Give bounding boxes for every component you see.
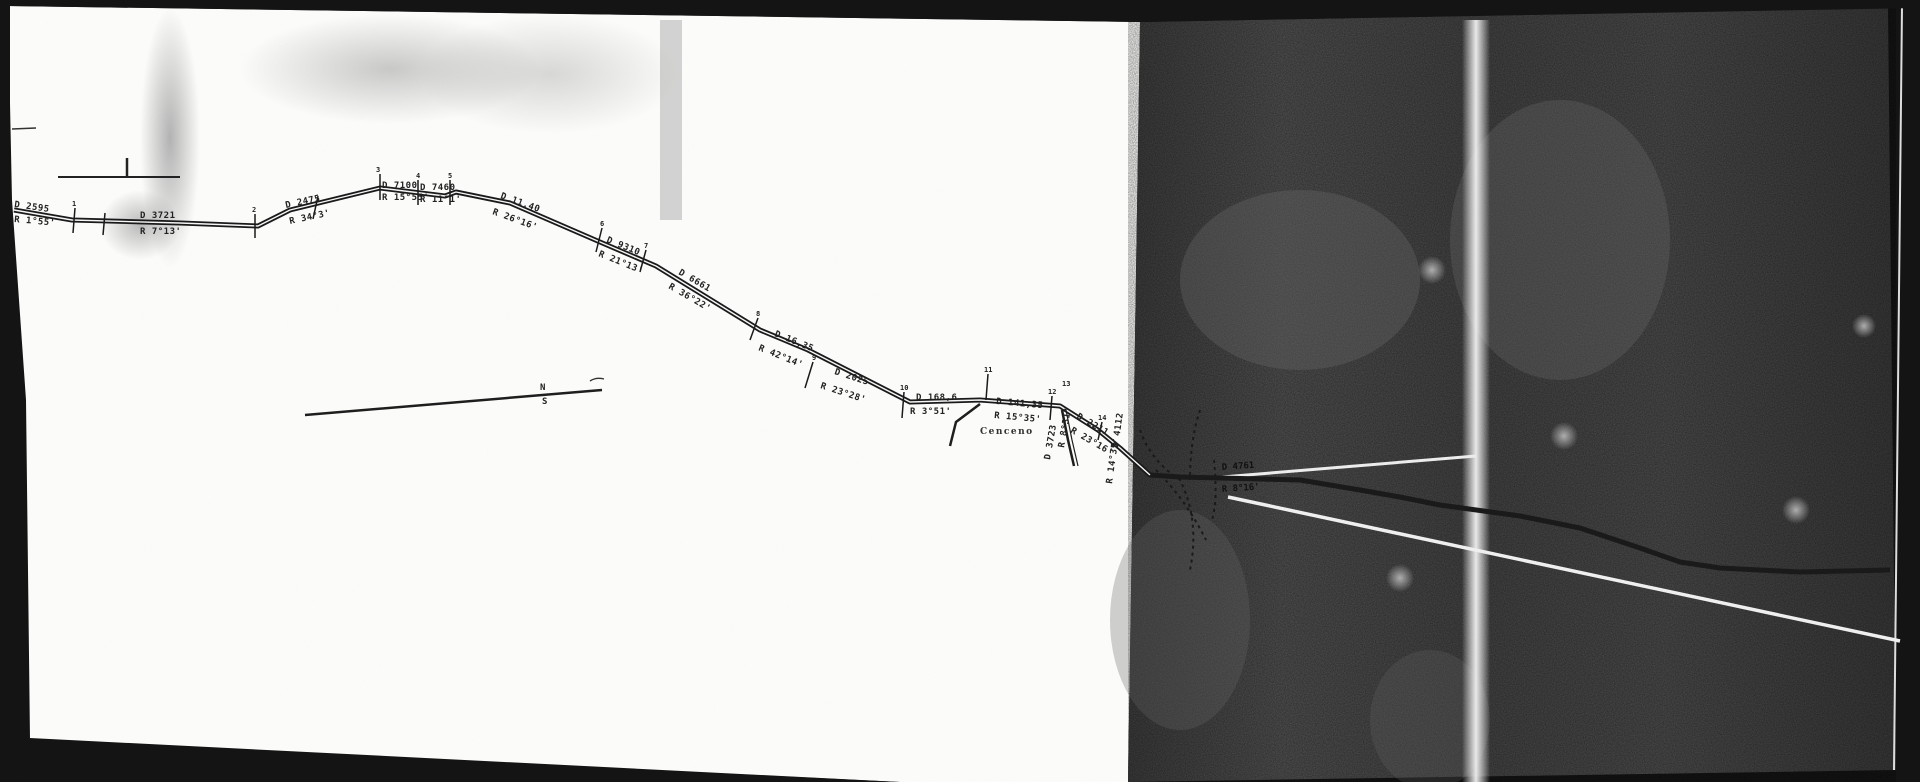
meridian-label-n: N <box>540 383 546 393</box>
svg-text:R 11°1': R 11°1' <box>420 195 461 205</box>
svg-text:13: 13 <box>1062 380 1070 388</box>
svg-text:R 7°13': R 7°13' <box>140 227 181 237</box>
svg-text:D 168,6: D 168,6 <box>916 393 957 403</box>
svg-text:12: 12 <box>1048 388 1056 396</box>
svg-text:11: 11 <box>984 366 992 374</box>
survey-map-scan: N S 1 2 3 <box>0 0 1920 782</box>
svg-text:1: 1 <box>72 200 76 208</box>
svg-text:10: 10 <box>900 384 908 392</box>
svg-text:8: 8 <box>756 310 760 318</box>
svg-text:6: 6 <box>600 220 604 228</box>
svg-text:D 7460: D 7460 <box>420 183 456 193</box>
svg-text:2: 2 <box>252 206 256 214</box>
light-sheet <box>8 6 1140 782</box>
svg-text:14: 14 <box>1098 414 1106 422</box>
dark-sheet <box>1110 4 1902 782</box>
svg-text:3: 3 <box>376 166 380 174</box>
svg-text:7: 7 <box>644 242 648 250</box>
meridian-label-s: S <box>542 397 548 407</box>
svg-text:5: 5 <box>448 172 452 180</box>
svg-text:D 7100: D 7100 <box>382 181 418 191</box>
fold-line <box>1462 20 1490 782</box>
svg-text:D 3721: D 3721 <box>140 211 176 221</box>
left-margin <box>0 0 10 782</box>
svg-text:9: 9 <box>812 354 816 362</box>
svg-text:R 3°51': R 3°51' <box>910 407 951 417</box>
place-label-cemetery: Cenceno <box>980 427 1034 437</box>
svg-text:4: 4 <box>416 172 420 180</box>
